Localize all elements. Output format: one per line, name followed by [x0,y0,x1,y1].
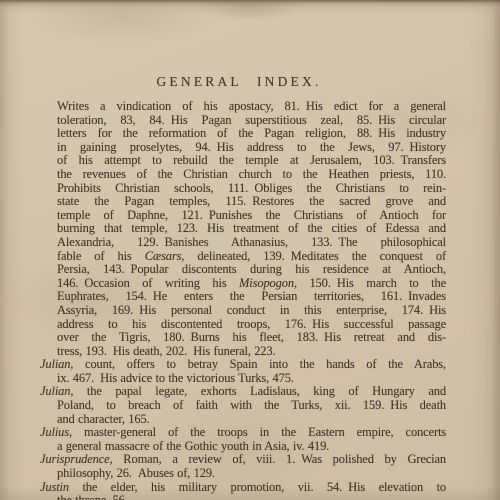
entry-text: Alexandria, 129. Banishes Athanasius, 13… [57,235,446,249]
text-line: Julian, the papal legate, exhorts Ladisl… [40,385,446,399]
entry-text: , the papal legate, exhorts Ladislaus, k… [70,384,446,398]
entry-text: , Roman, a review of, viii. 1. Was polis… [110,452,446,466]
entry-text: , master-general of the troops in the Ea… [69,425,446,439]
entry-text: fable of his [57,249,145,263]
text-line: the revenues of the Christian church to … [40,168,446,182]
text-line: of his attempt to rebuild the temple at … [40,154,446,168]
text-line: Jurisprudence, Roman, a review of, viii.… [40,453,446,467]
text-line-partial: the throne, 56. [40,494,446,500]
entry-text: a general massacre of the Gothic youth i… [57,439,329,453]
entry-text: Assyria, 169. His personal conduct in th… [57,303,446,317]
text-line: Persia, 143. Popular discontents during … [40,263,446,277]
index-text: Writes a vindication of his apostacy, 81… [40,100,446,500]
text-line: Julian, count, offers to betray Spain in… [40,358,446,372]
entry-text: Persia, 143. Popular discontents during … [57,262,446,276]
entry-text: Poland, to breach of faith with the Turk… [57,398,446,412]
entry-text: ix. 467. His advice to the victorious Tu… [57,371,294,385]
text-line: Prohibits Christian schools, 111. Oblige… [40,182,446,196]
text-line: a general massacre of the Gothic youth i… [40,440,446,454]
text-line: Poland, to breach of faith with the Turk… [40,399,446,413]
entry-headword: Justin [40,480,69,494]
entry-text: , delineated, 139. Meditates the conques… [181,249,446,263]
scanned-book-page: GENERAL INDEX. Writes a vindication of h… [0,0,500,500]
entry-text: 146. Occasion of writing his [57,276,239,290]
entry-headword: Julian [40,384,70,398]
entry-text: over the Tigris, 180. Burns his fleet, 1… [57,330,446,344]
entry-text: Prohibits Christian schools, 111. Oblige… [57,181,446,195]
entry-text: , count, offers to betray Spain into the… [70,357,446,371]
entry-headword: Cæsars [145,249,182,263]
text-line: Assyria, 169. His personal conduct in th… [40,304,446,318]
entry-text: Euphrates, 154. He enters the Persian te… [57,289,446,303]
entry-text: , 150. His march to the [294,276,446,290]
entry-text: address to his discontented troops, 176.… [57,317,446,331]
text-line: toleration, 83, 84. His Pagan superstiti… [40,114,446,128]
text-line: tress, 193. His death, 202. His funeral,… [40,345,446,359]
text-line: Writes a vindication of his apostacy, 81… [40,100,446,114]
entry-headword: Julius [40,425,69,439]
entry-headword: Julian [40,357,70,371]
entry-text: philosophy, 26. Abuses of, 129. [57,466,215,480]
entry-text: the revenues of the Christian church to … [57,167,446,181]
text-line: Julius, master-general of the troops in … [40,426,446,440]
text-line: state the Pagan temples, 115. Restores t… [40,195,446,209]
entry-text: Writes a vindication of his apostacy, 81… [57,99,446,113]
text-line: philosophy, 26. Abuses of, 129. [40,467,446,481]
text-line: Euphrates, 154. He enters the Persian te… [40,290,446,304]
text-line: in gaining proselytes, 94. His address t… [40,141,446,155]
entry-text: burning that temple, 123. His treatment … [57,221,446,235]
text-line: burning that temple, 123. His treatment … [40,222,446,236]
text-line: address to his discontented troops, 176.… [40,318,446,332]
text-line: Alexandria, 129. Banishes Athanasius, 13… [40,236,446,250]
text-line: 146. Occasion of writing his Misopogon, … [40,277,446,291]
text-line: ix. 467. His advice to the victorious Tu… [40,372,446,386]
text-line: Justin the elder, his military promotion… [40,481,446,495]
text-line: letters for the reformation of the Pagan… [40,127,446,141]
text-line: and character, 165. [40,413,446,427]
entry-text: state the Pagan temples, 115. Restores t… [57,194,446,208]
entry-text: toleration, 83, 84. His Pagan superstiti… [57,113,446,127]
text-line: temple of Daphne, 121. Punishes the Chri… [40,209,446,223]
entry-headword: Misopogon [239,276,294,290]
entry-headword: Jurisprudence [40,452,110,466]
entry-text: letters for the reformation of the Pagan… [57,126,446,140]
entry-text: of his attempt to rebuild the temple at … [57,153,446,167]
entry-text: the elder, his military promotion, vii. … [69,480,446,494]
entry-text: tress, 193. His death, 202. His funeral,… [57,344,275,358]
page-title: GENERAL INDEX. [0,74,500,90]
entry-text: temple of Daphne, 121. Punishes the Chri… [57,208,446,222]
text-line: fable of his Cæsars, delineated, 139. Me… [40,250,446,264]
entry-text: and character, 165. [57,412,150,426]
text-line: over the Tigris, 180. Burns his fleet, 1… [40,331,446,345]
entry-text: the throne, 56. [57,493,128,500]
entry-text: in gaining proselytes, 94. His address t… [57,140,446,154]
